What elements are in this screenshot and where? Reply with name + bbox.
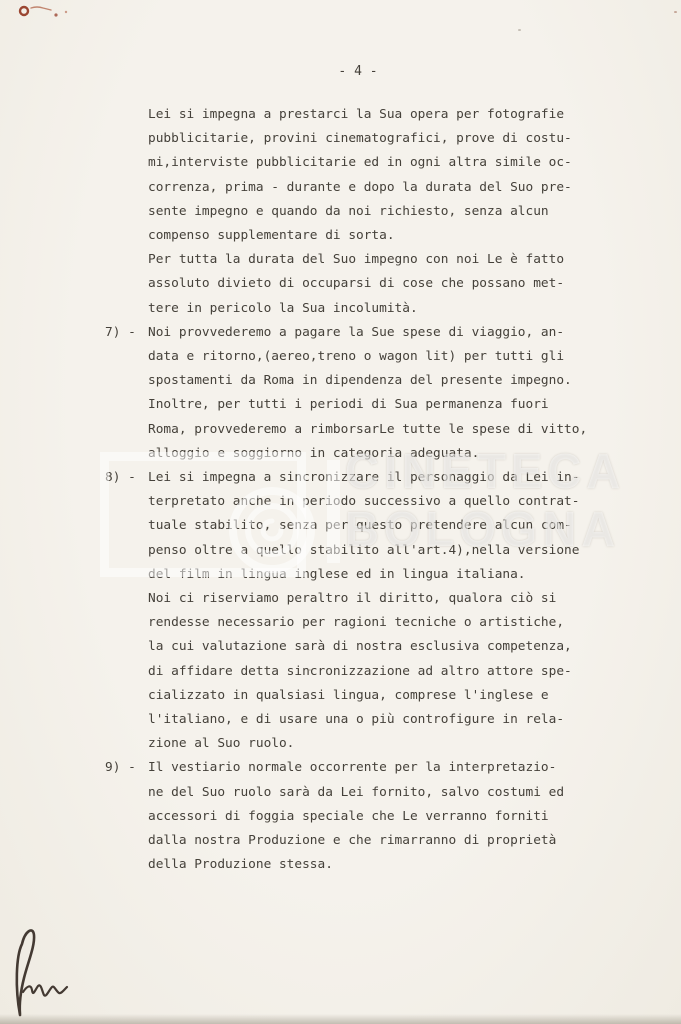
clause-number: 7) - — [105, 321, 136, 345]
paragraph-text: Per tutta la durata del Suo impegno con … — [105, 248, 605, 321]
paragraph-text: Lei si impegna a prestarci la Sua opera … — [105, 103, 605, 248]
page-edge-shadow — [0, 1014, 681, 1024]
handwritten-red-mark — [10, 0, 100, 30]
paragraph-clause-8: 8) - Lei si impegna a sincronizzare il p… — [105, 466, 605, 756]
paragraph-text: Il vestiario normale occorrente per la i… — [105, 756, 605, 877]
clause-number: 9) - — [105, 756, 136, 780]
scanned-contract-page: - 4 - Lei si impegna a prestarci la Sua … — [0, 0, 681, 1024]
signature — [0, 918, 200, 1024]
paragraph-text: Lei si impegna a sincronizzare il person… — [105, 466, 605, 756]
paragraph-text: Noi provvederemo a pagare la Sue spese d… — [105, 321, 605, 466]
page-number: - 4 - — [138, 64, 578, 80]
paragraph-clause-7: 7) - Noi provvederemo a pagare la Sue sp… — [105, 321, 605, 466]
paragraph: Lei si impegna a prestarci la Sua opera … — [105, 103, 605, 248]
clause-number: 8) - — [105, 466, 136, 490]
paragraph: Per tutta la durata del Suo impegno con … — [105, 248, 605, 321]
contract-text-block: Lei si impegna a prestarci la Sua opera … — [105, 103, 605, 878]
paper-speck — [518, 29, 521, 31]
paragraph-clause-9: 9) - Il vestiario normale occorrente per… — [105, 756, 605, 877]
